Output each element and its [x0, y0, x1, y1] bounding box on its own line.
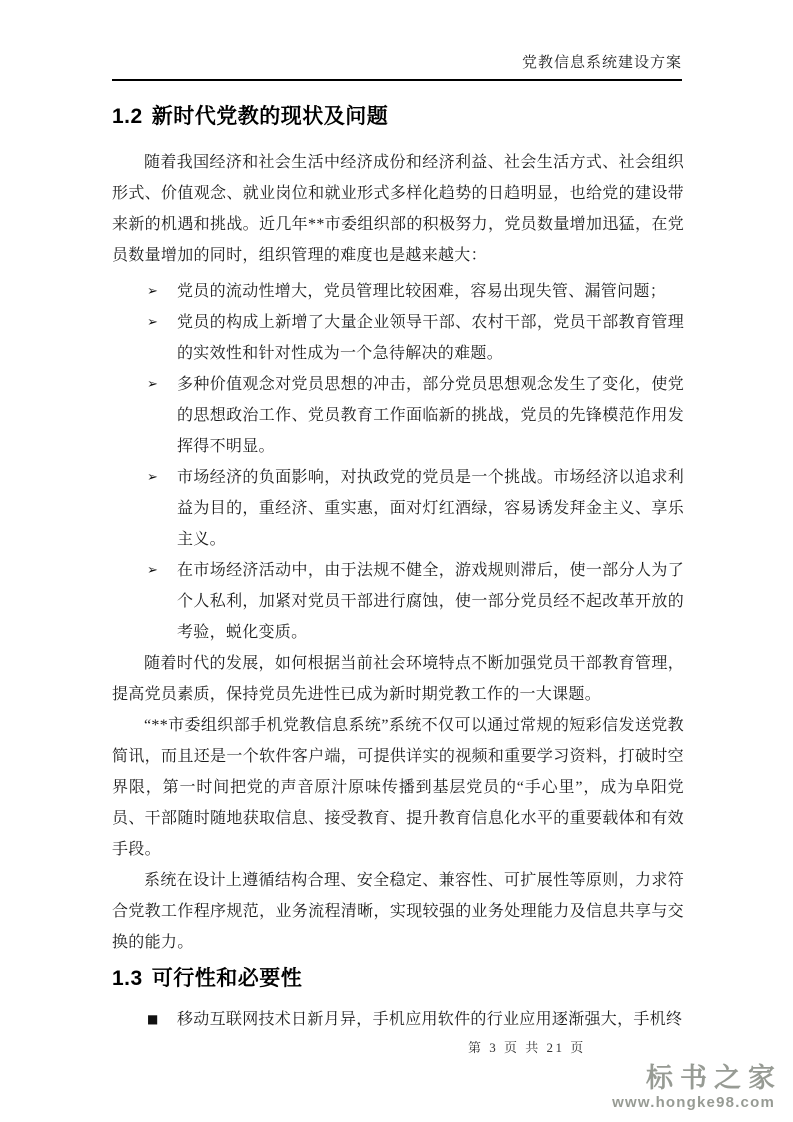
arrow-bullet-icon: ➢ [112, 462, 177, 555]
paragraph-system: “**市委组织部手机党教信息系统”系统不仅可以通过常规的短彩信发送党教简讯，而且… [112, 710, 684, 865]
watermark: 标书之家 www.hongke98.com [612, 1062, 775, 1112]
footer-page-number: 第 3 页 共 21 页 [468, 1037, 586, 1056]
list-item-text: 多种价值观念对党员思想的冲击，部分党员思想观念发生了变化，使党的思想政治工作、党… [177, 369, 684, 462]
section-number: 1.3 [112, 967, 143, 990]
list-item-text: 移动互联网技术日新月异，手机应用软件的行业应用逐渐强大，手机终 [177, 1004, 684, 1035]
list-item: ➢ 党员的构成上新增了大量企业领导干部、农村干部，党员干部教育管理的实效性和针对… [112, 307, 684, 369]
arrow-bullet-icon: ➢ [112, 276, 177, 307]
paragraph-design: 系统在设计上遵循结构合理、安全稳定、兼容性、可扩展性等原则，力求符合党教工作程序… [112, 865, 684, 958]
document-body: 1.2新时代党教的现状及问题 随着我国经济和社会生活中经济成份和经济利益、社会生… [112, 104, 684, 1035]
square-bullet-list: ■ 移动互联网技术日新月异，手机应用软件的行业应用逐渐强大，手机终 [112, 1004, 684, 1035]
list-item-text: 党员的流动性增大，党员管理比较困难，容易出现失管、漏管问题； [177, 276, 684, 307]
list-item-text: 党员的构成上新增了大量企业领导干部、农村干部，党员干部教育管理的实效性和针对性成… [177, 307, 684, 369]
square-bullet-icon: ■ [112, 1004, 177, 1035]
list-item: ■ 移动互联网技术日新月异，手机应用软件的行业应用逐渐强大，手机终 [112, 1004, 684, 1035]
arrow-bullet-icon: ➢ [112, 307, 177, 369]
page-header: 党教信息系统建设方案 [112, 52, 682, 74]
list-item: ➢ 在市场经济活动中，由于法规不健全，游戏规则滞后，使一部分人为了个人私利，加紧… [112, 555, 684, 648]
watermark-logo-text: 标书之家 [612, 1062, 782, 1094]
list-item-text: 在市场经济活动中，由于法规不健全，游戏规则滞后，使一部分人为了个人私利，加紧对党… [177, 555, 684, 648]
list-item: ➢ 党员的流动性增大，党员管理比较困难，容易出现失管、漏管问题； [112, 276, 684, 307]
section-number: 1.2 [112, 105, 143, 128]
header-rule [112, 79, 682, 81]
section-title: 新时代党教的现状及问题 [152, 105, 389, 128]
watermark-url: www.hongke98.com [612, 1094, 775, 1112]
section-heading-1-3: 1.3可行性和必要性 [112, 966, 684, 992]
bullet-list: ➢ 党员的流动性增大，党员管理比较困难，容易出现失管、漏管问题； ➢ 党员的构成… [112, 276, 684, 648]
list-item: ➢ 市场经济的负面影响，对执政党的党员是一个挑战。市场经济以追求利益为目的，重经… [112, 462, 684, 555]
list-item-text: 市场经济的负面影响，对执政党的党员是一个挑战。市场经济以追求利益为目的，重经济、… [177, 462, 684, 555]
section-title: 可行性和必要性 [152, 967, 303, 990]
document-page: 党教信息系统建设方案 1.2新时代党教的现状及问题 随着我国经济和社会生活中经济… [0, 0, 793, 1122]
arrow-bullet-icon: ➢ [112, 555, 177, 648]
arrow-bullet-icon: ➢ [112, 369, 177, 462]
paragraph-development: 随着时代的发展，如何根据当前社会环境特点不断加强党员干部教育管理，提高党员素质，… [112, 648, 684, 710]
paragraph-intro: 随着我国经济和社会生活中经济成份和经济利益、社会生活方式、社会组织形式、价值观念… [112, 147, 684, 271]
list-item: ➢ 多种价值观念对党员思想的冲击，部分党员思想观念发生了变化，使党的思想政治工作… [112, 369, 684, 462]
header-title: 党教信息系统建设方案 [522, 55, 682, 71]
section-heading-1-2: 1.2新时代党教的现状及问题 [112, 104, 684, 130]
